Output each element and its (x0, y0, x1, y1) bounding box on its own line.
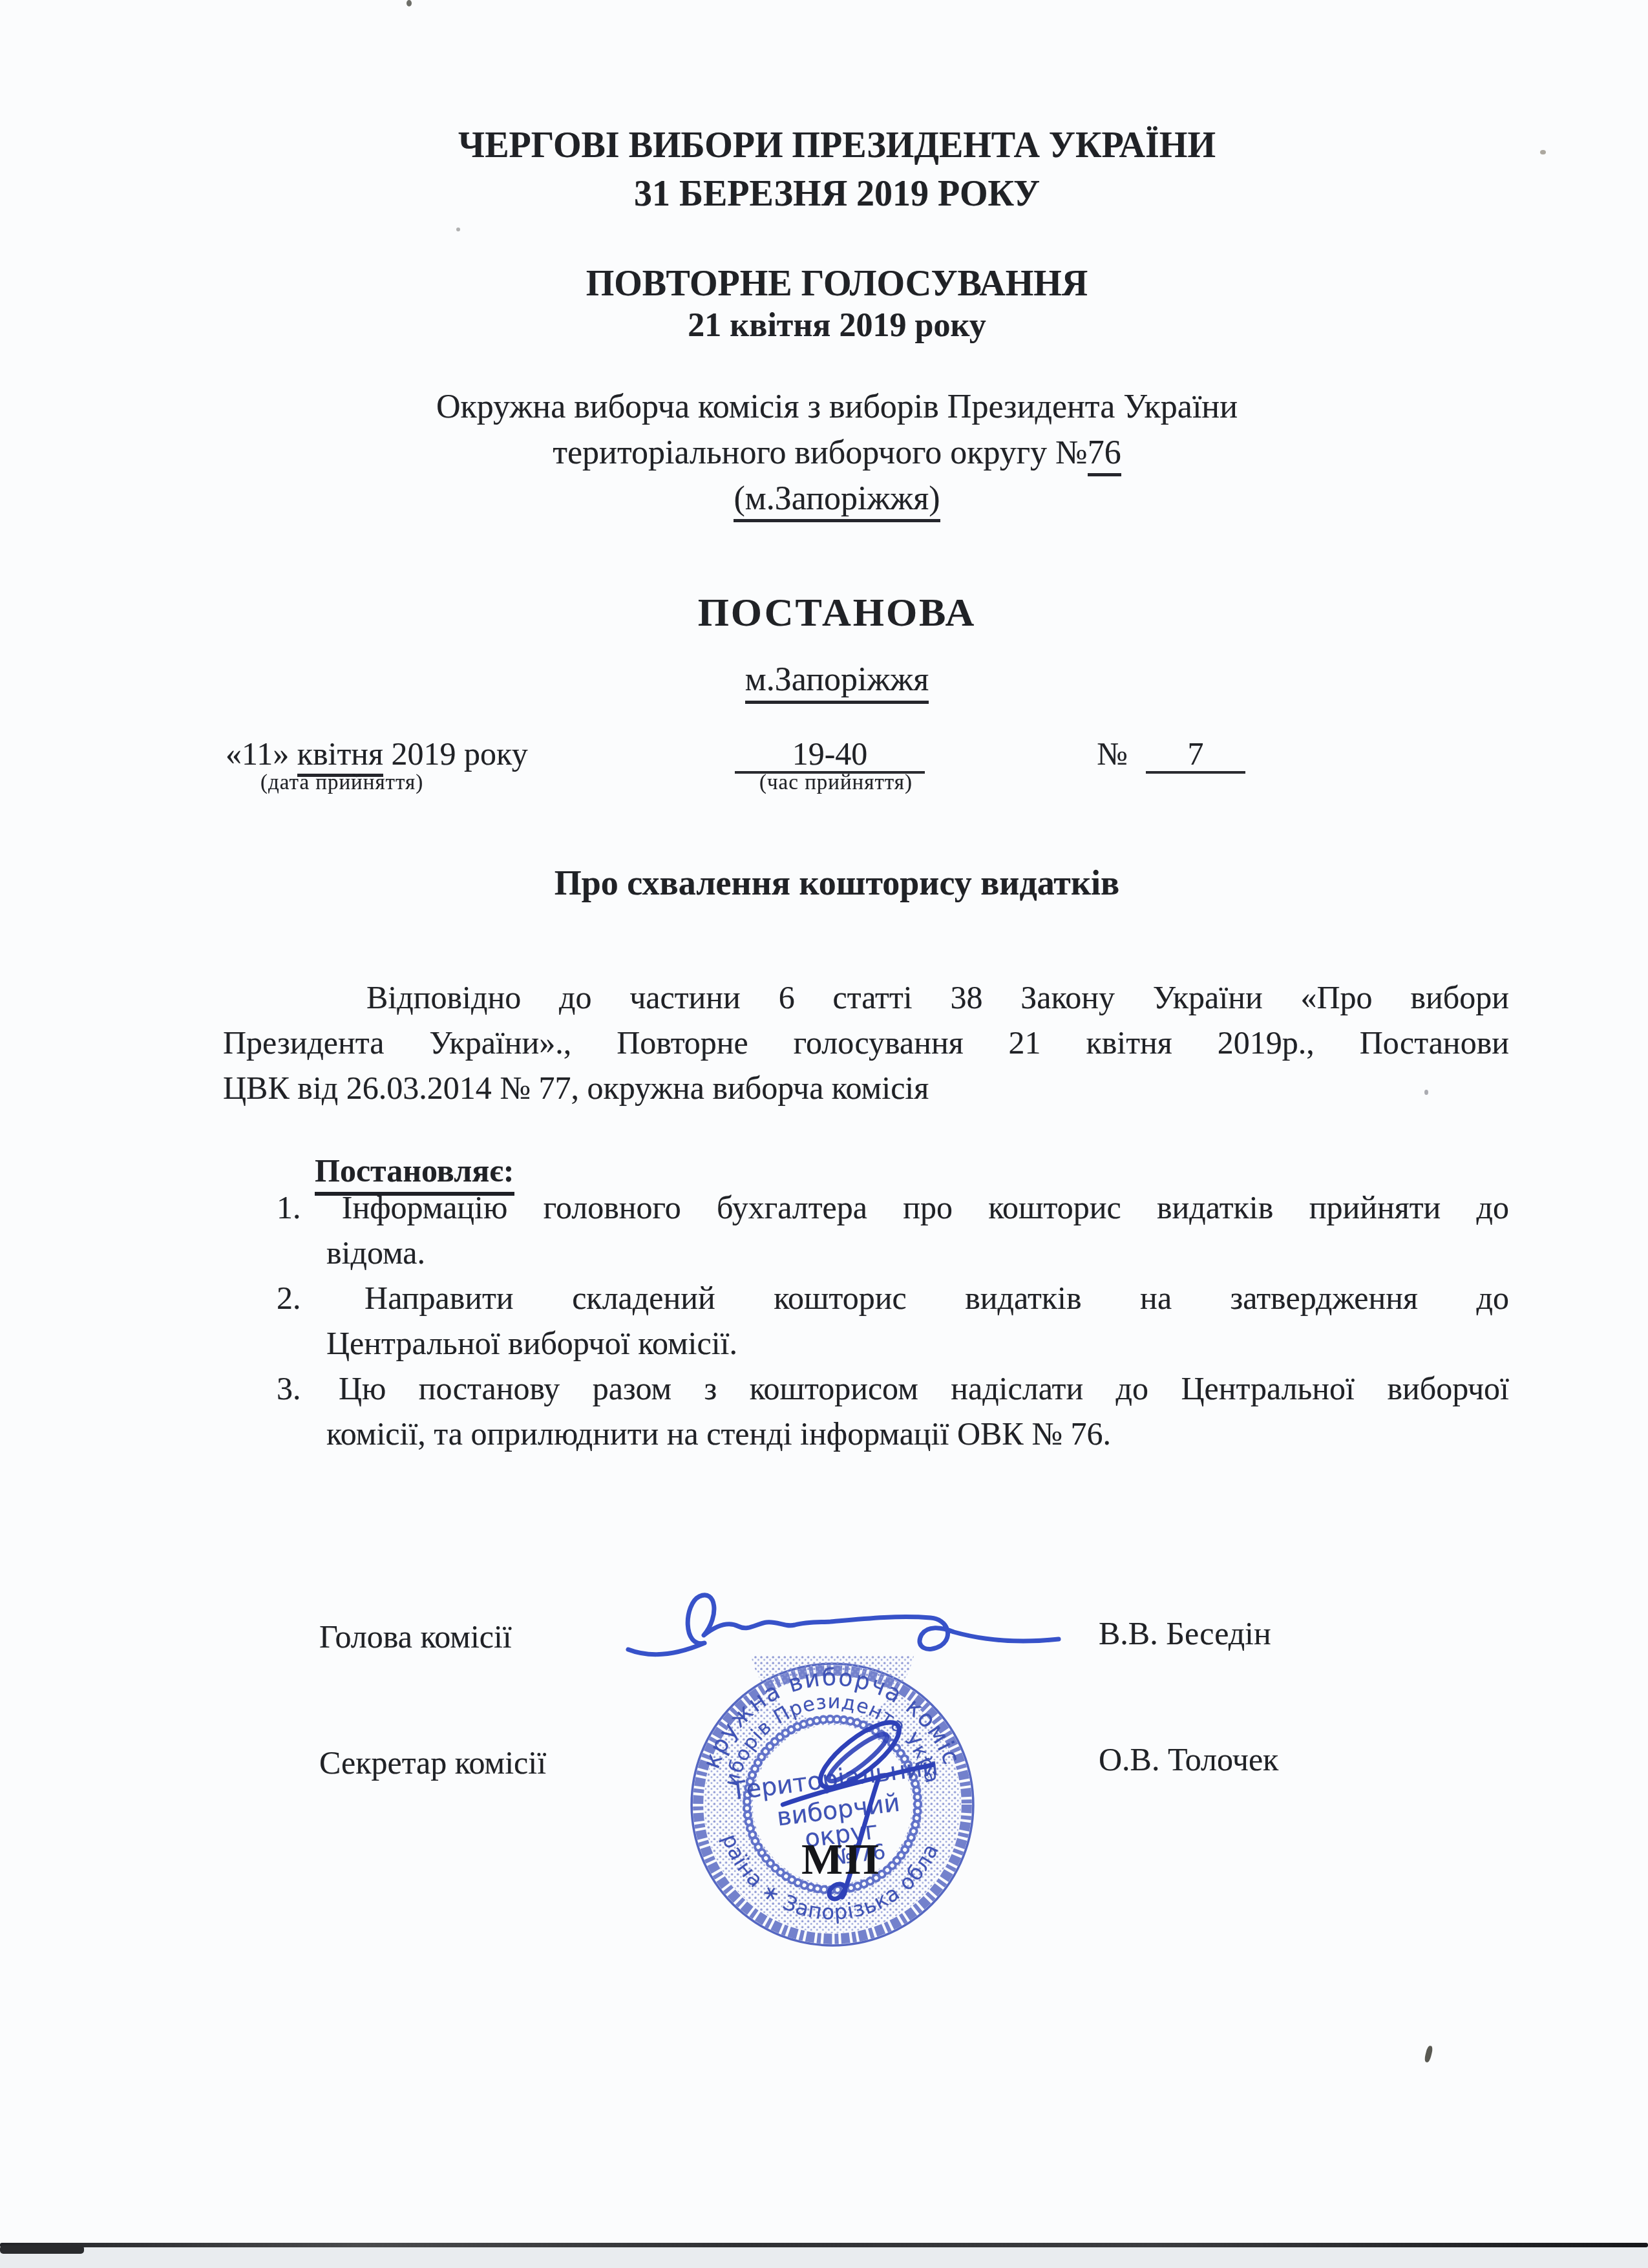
number-sign: № (1097, 735, 1128, 772)
scan-speck (1540, 150, 1546, 154)
list-item: 1. Інформацію головного бухгалтера про к… (277, 1185, 1509, 1230)
election-title: ЧЕРГОВІ ВИБОРИ ПРЕЗИДЕНТА УКРАЇНИ 31 БЕР… (194, 122, 1480, 218)
scanned-document-page: ЧЕРГОВІ ВИБОРИ ПРЕЗИДЕНТА УКРАЇНИ 31 БЕР… (0, 0, 1648, 2268)
preamble-line3: ЦВК від 26.03.2014 № 77, окружна виборча… (223, 1065, 1509, 1110)
time-caption: (час прийняття) (759, 771, 913, 795)
commission-name: Окружна виборча комісія з виборів Презид… (194, 384, 1480, 430)
resolves-label: Постановляє: (315, 1152, 514, 1189)
revote-heading: ПОВТОРНЕ ГОЛОСУВАННЯ (194, 263, 1480, 304)
resolution-city: м.Запоріжжя (194, 661, 1480, 699)
secretary-label: Секретар комісії (319, 1744, 546, 1781)
list-item-continuation: Центральної виборчої комісії. (326, 1320, 1509, 1366)
scan-bottom-edge-band (0, 2247, 1648, 2268)
secretary-name: О.В. Толочек (1099, 1741, 1278, 1778)
preamble-line2: Президента України»., Повторне голосуван… (223, 1020, 1509, 1065)
resolution-number: 7 (1146, 735, 1245, 774)
seal-place-mark: МП (801, 1834, 881, 1885)
list-item-text: Інформацію головного бухгалтера про кошт… (342, 1189, 1509, 1225)
list-item: 2. Направити складений кошторис видатків… (277, 1275, 1509, 1320)
commission-district: територіального виборчого округу №76 (194, 430, 1480, 476)
adoption-date: «11» квітня 2019 року (226, 735, 528, 772)
commission-stamp: Окружна виборча комісія з виборів Презид… (684, 1656, 981, 1953)
resolution-items: 1. Інформацію головного бухгалтера про к… (223, 1185, 1509, 1456)
election-title-line1: ЧЕРГОВІ ВИБОРИ ПРЕЗИДЕНТА УКРАЇНИ (194, 122, 1480, 170)
district-number: 76 (1088, 434, 1121, 476)
list-item-text: Направити складений кошторис видатків на… (364, 1280, 1509, 1316)
list-item-number: 2. (277, 1280, 306, 1316)
scan-speck (407, 0, 412, 6)
revote-date: 21 квітня 2019 року (194, 306, 1480, 344)
scan-speck (1424, 1090, 1428, 1095)
chairman-name: В.В. Беседін (1099, 1615, 1271, 1652)
scan-bottom-edge-shadow (0, 2243, 1648, 2247)
document-type: ПОСТАНОВА (194, 590, 1480, 636)
commission-block: Окружна виборча комісія з виборів Презид… (194, 384, 1480, 522)
date-caption: (дата прийняття) (260, 771, 423, 795)
list-item-continuation: комісії, та оприлюднити на стенді інформ… (326, 1411, 1509, 1456)
list-item-continuation: відома. (326, 1230, 1509, 1275)
list-item-text: Цю постанову разом з кошторисом надіслат… (339, 1370, 1509, 1406)
scan-bottom-corner-shadow (0, 2245, 84, 2254)
list-item-number: 3. (277, 1370, 306, 1406)
preamble: Відповідно до частини 6 статті 38 Закону… (223, 975, 1509, 1110)
preamble-line1: Відповідно до частини 6 статті 38 Закону… (223, 975, 1509, 1020)
list-item: 3. Цю постанову разом з кошторисом надіс… (277, 1366, 1509, 1411)
adoption-time: 19-40 (735, 735, 925, 774)
commission-city: (м.Запоріжжя) (194, 476, 1480, 522)
chairman-signature-ink (601, 1564, 1079, 1674)
scan-speck (1424, 2045, 1433, 2062)
resolution-subject: Про схвалення кошторису видатків (194, 863, 1480, 903)
chairman-label: Голова комісії (319, 1618, 512, 1655)
scan-speck (456, 228, 460, 231)
election-title-line2: 31 БЕРЕЗНЯ 2019 РОКУ (194, 170, 1480, 218)
list-item-number: 1. (277, 1189, 306, 1225)
